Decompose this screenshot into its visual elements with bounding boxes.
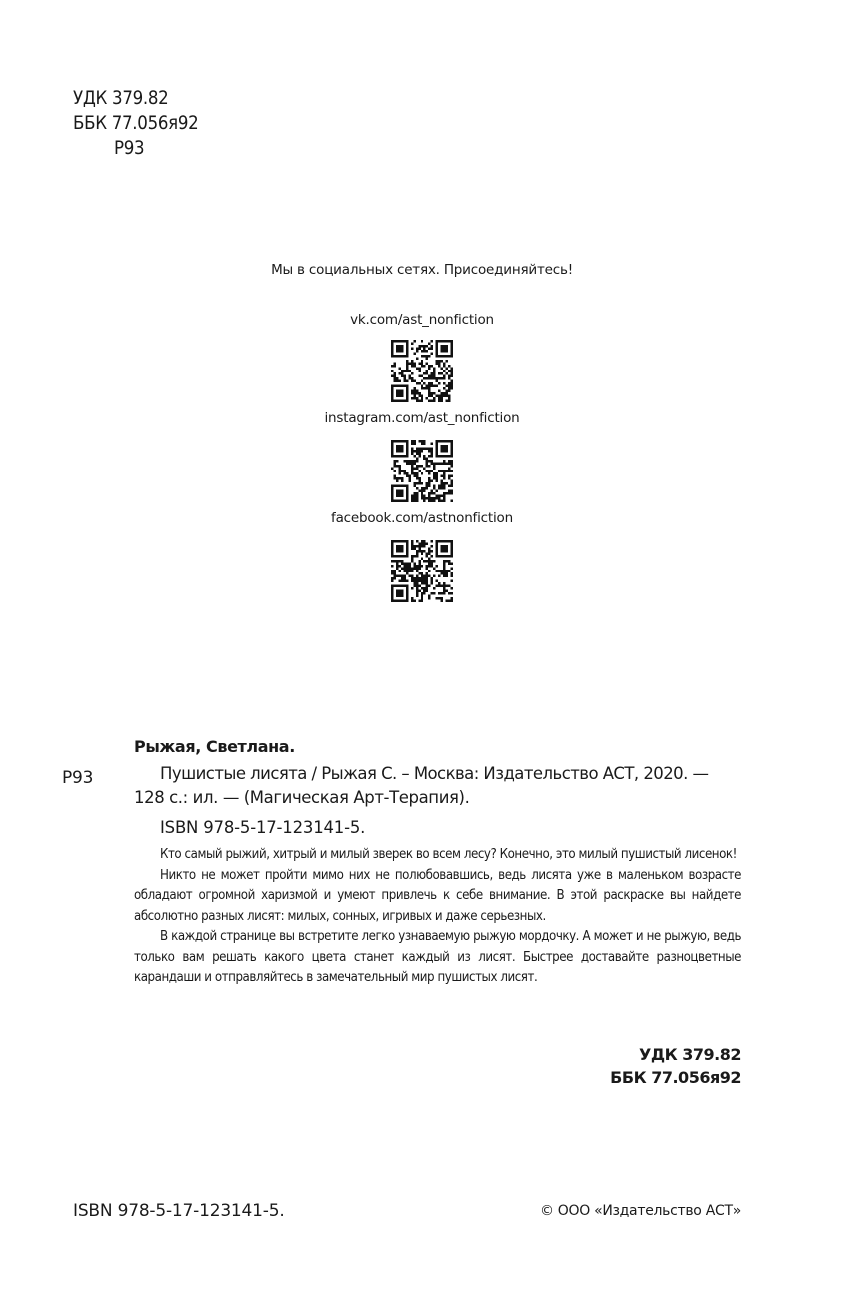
copyright: © ООО «Издательство АСТ»: [540, 1203, 741, 1219]
classification-footer: УДК 379.82 ББК 77.056я92: [610, 1043, 741, 1089]
annotation-paragraph: В каждой странице вы встретите легко узн…: [134, 927, 741, 989]
bibliography-author-mark: Р93: [62, 768, 93, 788]
bibliography-title-line: Пушистые лисята / Рыжая С. – Москва: Изд…: [160, 764, 708, 783]
facebook-link[interactable]: facebook.com/astnonfiction: [0, 508, 844, 528]
qr-code-icon: [391, 540, 453, 602]
bibliography-details-line: 128 с.: ил. — (Магическая Арт-Терапия).: [134, 788, 469, 807]
classification-header: УДК 379.82 ББК 77.056я92 Р93: [73, 86, 198, 161]
instagram-link[interactable]: instagram.com/ast_nonfiction: [0, 408, 844, 428]
footer-isbn: ISBN 978-5-17-123141-5.: [73, 1201, 285, 1221]
annotation-paragraph: Никто не может пройти мимо них не полюбо…: [134, 866, 741, 928]
bibliography-isbn: ISBN 978-5-17-123141-5.: [160, 818, 365, 837]
social-networks-block: Мы в социальных сетях. Присоединяйтесь! …: [0, 260, 844, 602]
qr-code-icon[interactable]: [391, 440, 453, 502]
qr-code-icon: [391, 440, 453, 502]
bibliography-author: Рыжая, Светлана.: [134, 737, 295, 756]
author-mark: Р93: [73, 136, 198, 161]
qr-code-icon[interactable]: [391, 340, 453, 402]
annotation: Кто самый рыжий, хитрый и милый зверек в…: [134, 845, 741, 989]
udk-code: УДК 379.82: [610, 1043, 741, 1066]
udk-code: УДК 379.82: [73, 86, 198, 111]
bbk-code: ББК 77.056я92: [610, 1066, 741, 1089]
social-intro: Мы в социальных сетях. Присоединяйтесь!: [0, 260, 844, 280]
bbk-code: ББК 77.056я92: [73, 111, 198, 136]
annotation-paragraph: Кто самый рыжий, хитрый и милый зверек в…: [134, 845, 741, 866]
vk-link[interactable]: vk.com/ast_nonfiction: [0, 310, 844, 330]
qr-code-icon: [391, 340, 453, 402]
qr-code-icon[interactable]: [391, 540, 453, 602]
